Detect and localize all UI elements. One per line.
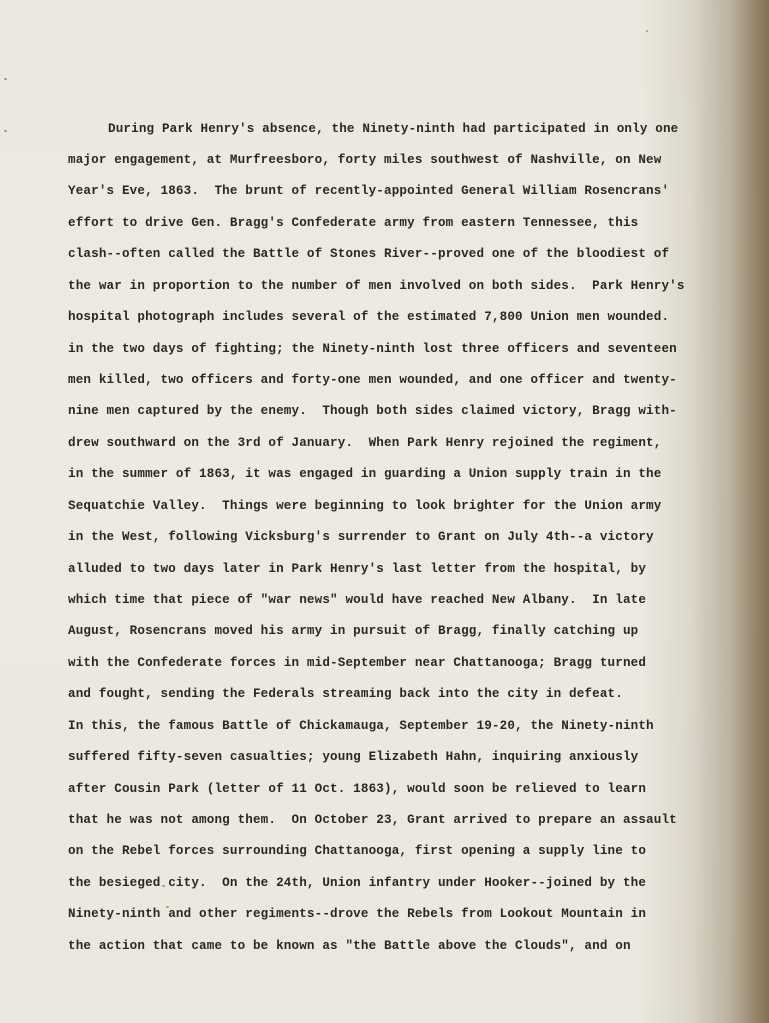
- text-line: effort to drive Gen. Bragg's Confederate…: [68, 215, 638, 231]
- paper-speck: [166, 906, 169, 908]
- text-line: on the Rebel forces surrounding Chattano…: [68, 843, 646, 859]
- text-line: nine men captured by the enemy. Though b…: [68, 403, 677, 419]
- text-line: and fought, sending the Federals streami…: [68, 686, 623, 702]
- text-line: the war in proportion to the number of m…: [68, 278, 685, 294]
- paper-speck: [4, 130, 7, 132]
- text-line: which time that piece of "war news" woul…: [68, 592, 646, 608]
- text-line: the action that came to be known as "the…: [68, 938, 631, 954]
- text-line: Year's Eve, 1863. The brunt of recently-…: [68, 183, 669, 199]
- text-line: In this, the famous Battle of Chickamaug…: [68, 718, 654, 734]
- text-line: in the two days of fighting; the Ninety-…: [68, 341, 677, 357]
- text-line: suffered fifty-seven casualties; young E…: [68, 749, 638, 765]
- text-line: August, Rosencrans moved his army in pur…: [68, 623, 638, 639]
- paper-speck: [162, 885, 165, 887]
- text-line: major engagement, at Murfreesboro, forty…: [68, 152, 661, 168]
- text-line: hospital photograph includes several of …: [68, 309, 669, 325]
- document-body: During Park Henry's absence, the Ninety-…: [0, 0, 769, 1023]
- text-line: During Park Henry's absence, the Ninety-…: [108, 121, 678, 137]
- text-line: Ninety-ninth and other regiments--drove …: [68, 906, 646, 922]
- text-line: drew southward on the 3rd of January. Wh…: [68, 435, 661, 451]
- text-line: in the summer of 1863, it was engaged in…: [68, 466, 661, 482]
- text-line: Sequatchie Valley. Things were beginning…: [68, 498, 661, 514]
- text-line: men killed, two officers and forty-one m…: [68, 372, 677, 388]
- paper-speck: [4, 78, 7, 80]
- text-line: that he was not among them. On October 2…: [68, 812, 677, 828]
- paper-speck: [646, 30, 648, 32]
- text-line: alluded to two days later in Park Henry'…: [68, 561, 646, 577]
- text-line: the besieged city. On the 24th, Union in…: [68, 875, 646, 891]
- text-line: clash--often called the Battle of Stones…: [68, 246, 669, 262]
- typed-page: During Park Henry's absence, the Ninety-…: [0, 0, 769, 1023]
- text-line: with the Confederate forces in mid-Septe…: [68, 655, 646, 671]
- text-line: after Cousin Park (letter of 11 Oct. 186…: [68, 781, 646, 797]
- text-line: in the West, following Vicksburg's surre…: [68, 529, 654, 545]
